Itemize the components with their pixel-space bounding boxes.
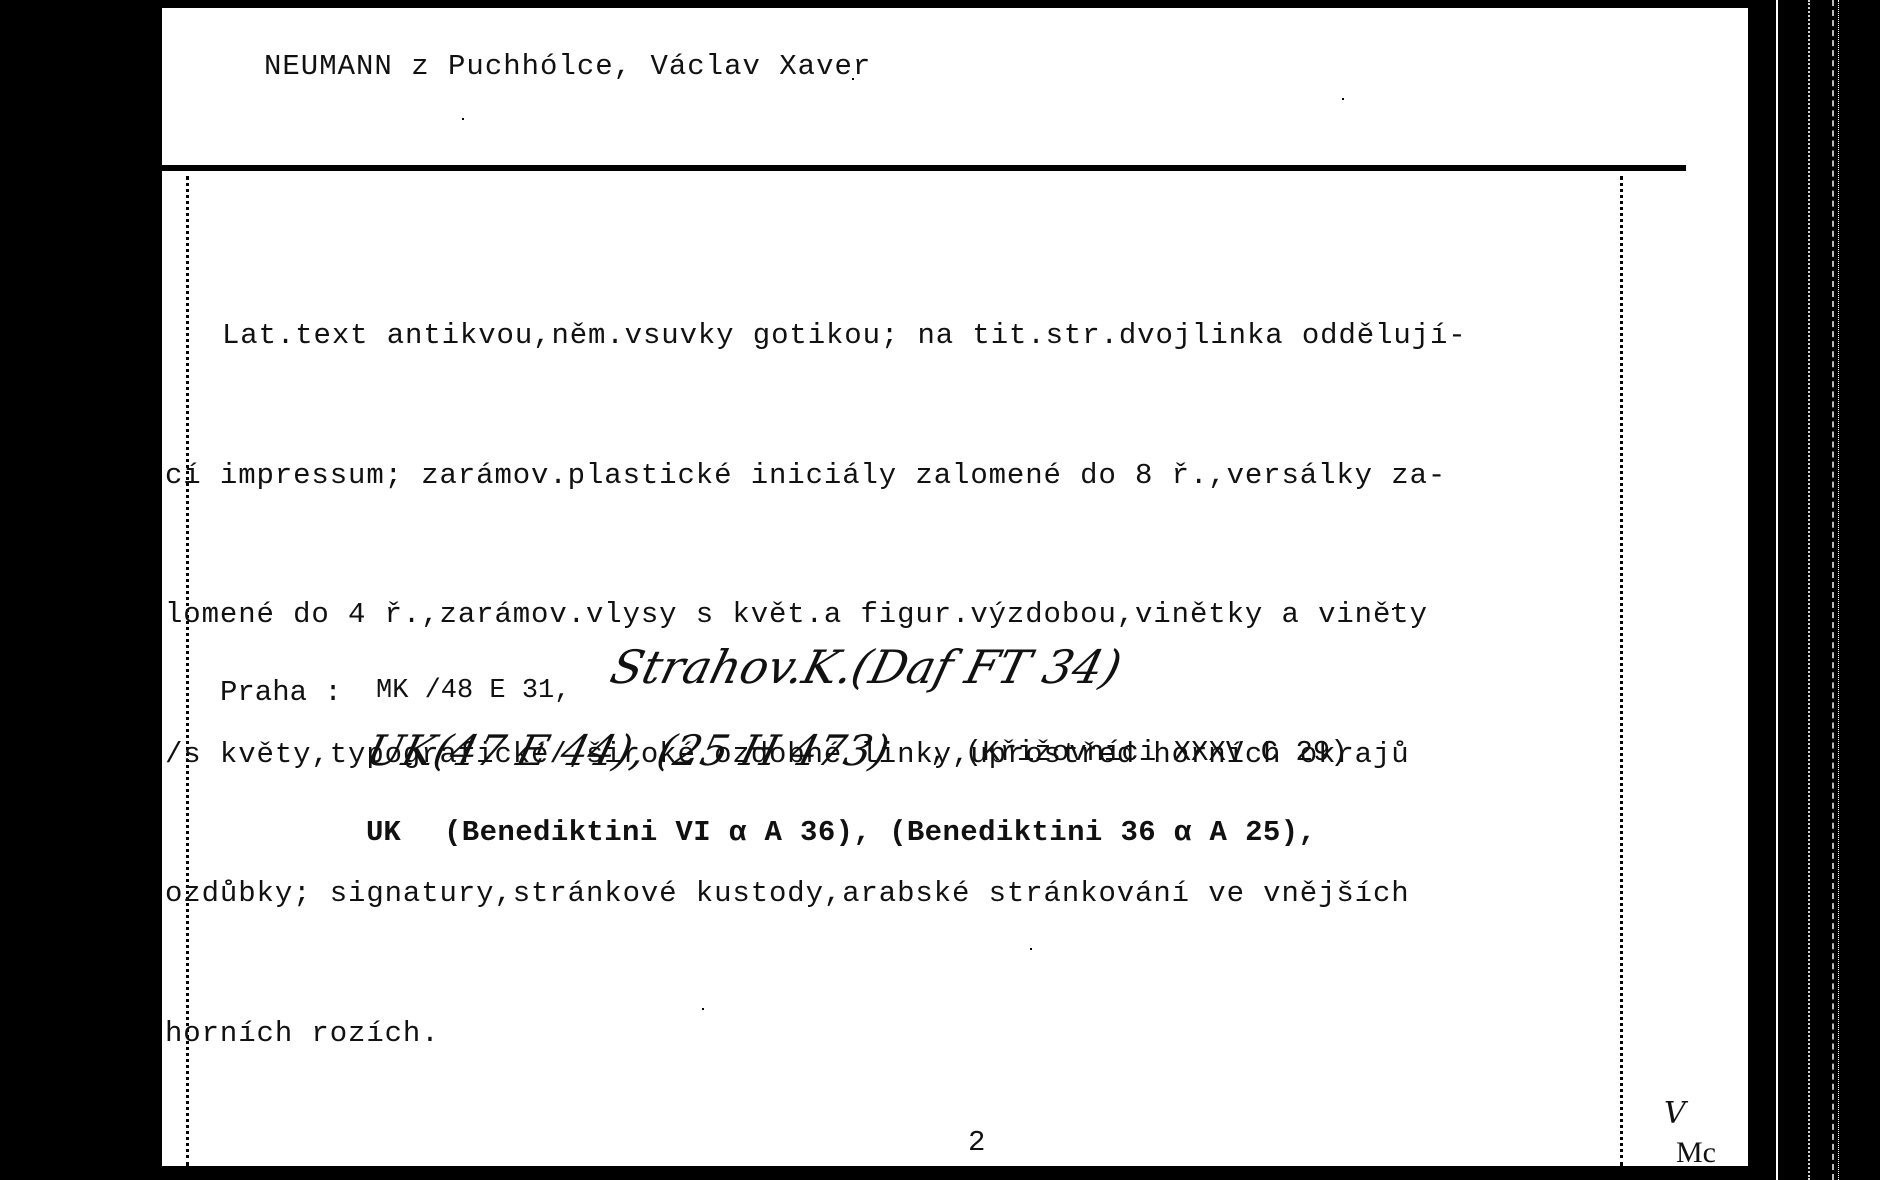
scan-speck [1342, 98, 1344, 100]
holdings-call-number: MK /48 E 31, [376, 676, 570, 706]
description-line: horních rozích. [165, 1011, 1467, 1058]
scanned-catalog-card-page: NEUMANN z Puchhólce, Václav Xaver Lat.te… [0, 0, 1880, 1180]
handwritten-check-mark: V [1664, 1096, 1686, 1131]
holdings-section: Praha : MK /48 E 31, Strahov.K.(Daf FT 3… [220, 628, 1620, 888]
holdings-call-number: (Benediktini VI α A 36), (Benediktini 36… [444, 816, 1316, 849]
scan-speck [1030, 948, 1032, 950]
scan-speck [852, 78, 854, 80]
handwritten-annotation: UK(47 E 44), (25 H 473) [362, 726, 894, 775]
description-line: cí impressum; zarámov.plastické iniciály… [165, 453, 1467, 500]
scan-speck [462, 118, 464, 120]
scanner-edge-line [1776, 0, 1778, 1180]
cataloger-initials: Mc [1676, 1136, 1716, 1170]
right-margin-dotted-line [1620, 176, 1623, 1166]
card-heading: NEUMANN z Puchhólce, Václav Xaver [264, 50, 871, 83]
scanner-noise-strip [1838, 0, 1839, 1180]
holdings-library-code: UK [366, 816, 401, 849]
holdings-place-label: Praha : [220, 676, 342, 709]
description-line: Lat.text antikvou,něm.vsuvky gotikou; na… [222, 313, 1467, 360]
scan-speck [1392, 608, 1394, 610]
scan-speck [702, 1008, 704, 1010]
scanner-noise-strip [1832, 0, 1834, 1180]
holdings-call-number: , (Křižovníci XXXV C 29) [930, 736, 1348, 769]
handwritten-annotation: Strahov.K.(Daf FT 34) [605, 640, 1127, 694]
heading-rule [162, 165, 1686, 171]
card-page-number: 2 [968, 1126, 985, 1159]
catalog-card: NEUMANN z Puchhólce, Václav Xaver Lat.te… [162, 8, 1748, 1166]
scanner-noise-strip [1808, 0, 1810, 1180]
